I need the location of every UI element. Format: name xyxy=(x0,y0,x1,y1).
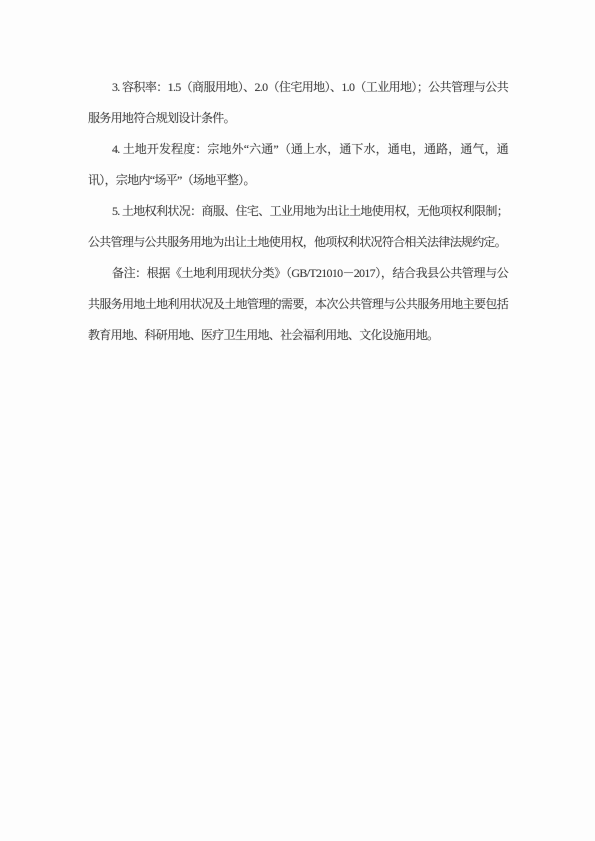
paragraph-land-rights-status: 5. 土地权利状况：商服、住宅、工业用地为出让土地使用权，无他项权利限制；公共管… xyxy=(88,196,508,258)
paragraph-note: 备注：根据《土地利用现状分类》（GB/T21010－2017），结合我县公共管理… xyxy=(88,258,508,351)
paragraph-land-development-degree: 4. 土地开发程度：宗地外“六通”（通上水，通下水，通电，通路，通气，通讯），宗… xyxy=(88,134,508,196)
document-text-block: 3. 容积率：1.5（商服用地）、2.0（住宅用地）、1.0（工业用地）；公共管… xyxy=(88,72,508,351)
document-page: 3. 容积率：1.5（商服用地）、2.0（住宅用地）、1.0（工业用地）；公共管… xyxy=(0,0,595,841)
paragraph-plot-ratio: 3. 容积率：1.5（商服用地）、2.0（住宅用地）、1.0（工业用地）；公共管… xyxy=(88,72,508,134)
